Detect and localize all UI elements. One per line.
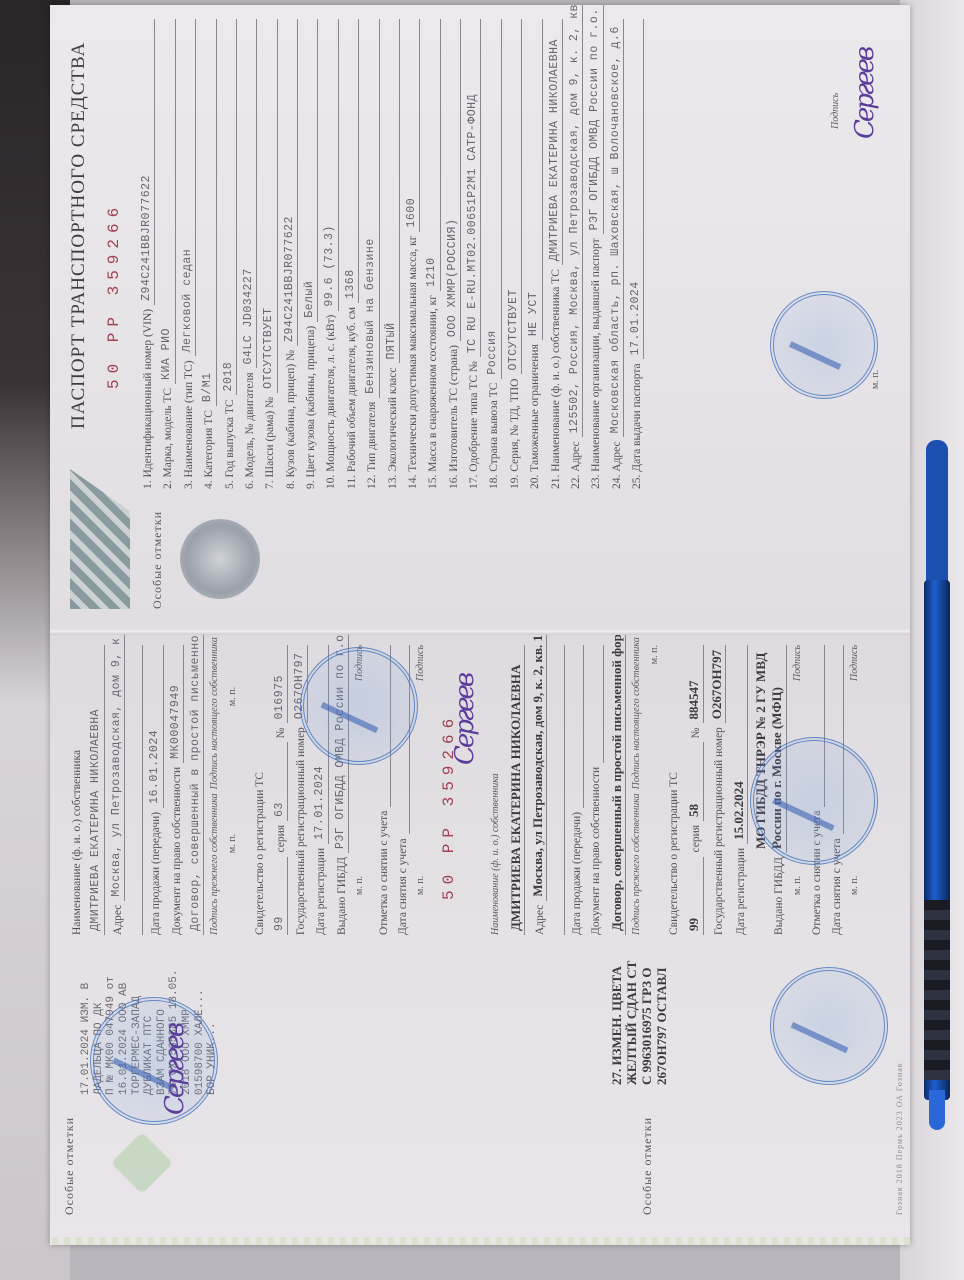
vehicle-field-row: 3. Наименование (тип ТС)Легковой седан — [181, 19, 196, 489]
vehicle-field-value: 1210 — [425, 19, 440, 291]
owner-name-label: Наименование (ф. и. о.) собственника — [490, 773, 503, 935]
special-marks-note-2: 27. ИЗМЕН. ЦВЕТА ЖЕЛТЫЙ СДАН СТ С 996301… — [610, 961, 670, 1085]
handwritten-signature: Сергеев — [450, 675, 480, 765]
plate-label: Государственный регистрационный номер — [712, 727, 726, 935]
ownership-doc-desc: Договор, совершенный в простой письменно… — [609, 633, 626, 935]
vehicle-field-label: 5. Год выпуска ТС — [223, 399, 237, 489]
vehicle-field-value: ООО ХММР(РОССИЯ) — [446, 19, 461, 341]
security-rosette — [111, 1132, 173, 1194]
vehicle-field-label: 15. Масса в снаряженном состоянии, кг — [426, 295, 440, 489]
vehicle-field-value: Z94C241BBJR077622 — [140, 19, 155, 305]
cert-number: 016975 — [273, 645, 288, 723]
vehicle-field-row: 15. Масса в снаряженном состоянии, кг121… — [425, 19, 440, 489]
vehicle-field-value: Московская область, рп. Шаховская, ш Вол… — [609, 19, 624, 437]
vehicle-field-value: 2018 — [222, 19, 237, 395]
vehicle-field-row: 7. Шасси (рама) №ОТСУТСТВУЕТ — [262, 19, 277, 489]
special-marks-heading-2: Особые отметки — [640, 1117, 655, 1215]
vehicle-field-label: 11. Рабочий объем двигателя, куб. см — [345, 307, 359, 489]
vehicle-field-value: РЭГ ОГИБДД ОМВД России по г.о. Шаховская — [588, 5, 603, 234]
pen-grip — [924, 900, 950, 1080]
vehicle-field-label: 14. Технически допустимая максимальная м… — [406, 236, 420, 489]
cert-number-label: № — [274, 728, 288, 739]
owner-records-page: Особые отметки 17.01.2024 ИЗМ. В ЛАДЕЛЬЦ… — [50, 633, 910, 1245]
pen-cap — [926, 440, 948, 590]
vehicle-field-value: 17.01.2024 — [629, 19, 644, 359]
vehicle-field-label: 25. Дата выдачи паспорта — [630, 363, 644, 489]
signature-label: Подпись — [849, 645, 862, 681]
vehicle-field-row: 14. Технически допустимая максимальная м… — [405, 19, 420, 489]
official-stamp — [770, 291, 878, 399]
cert-series: 58 — [686, 742, 703, 820]
seal-place: м. п. — [792, 876, 805, 895]
vehicle-field-label: 20. Таможенные ограничения — [528, 344, 542, 489]
plate-label: Государственный регистрационный номер — [294, 727, 308, 935]
vehicle-field-label: 19. Серия, № ТД, ТПО — [508, 379, 522, 490]
cert-label: Свидетельство о регистрации ТС — [253, 772, 267, 935]
address-label: Адрес — [533, 905, 547, 935]
pen-tip — [929, 1090, 945, 1130]
issued-by-label: Выдано ГИБДД — [772, 857, 786, 935]
vehicle-field-row: 4. Категория ТСВ/М1 — [201, 19, 216, 489]
blank-line — [552, 645, 565, 935]
vehicle-field-value: Белый — [303, 19, 318, 322]
vehicle-field-value: В/М1 — [201, 19, 216, 406]
vehicle-field-label: 4. Категория ТС — [202, 410, 216, 489]
dereg-date-label: Дата снятия с учета — [396, 838, 410, 935]
vehicle-field-label: 18. Страна вывоза ТС — [487, 383, 501, 489]
dereg-label: Отметка о снятии с учета — [377, 811, 391, 935]
seal-place: м. п. — [227, 834, 240, 853]
vehicle-field-row: 19. Серия, № ТД, ТПООТСУТСТВУЕТ — [507, 19, 522, 489]
vehicle-field-value: 1368 — [344, 19, 359, 303]
prev-owner-signature-label: Подпись прежнего собственника — [209, 793, 222, 935]
vehicle-field-row: 6. Модель, № двигателяG4LC JD034227 — [242, 19, 257, 489]
vehicle-field-label: 1. Идентификационный номер (VIN) — [141, 309, 155, 489]
ownership-doc-label: Документ на право собственности — [170, 767, 184, 935]
security-strip — [50, 1237, 910, 1245]
vehicle-field-value: НЕ УСТ — [527, 19, 542, 340]
vehicle-data-page: ПАСПОРТ ТРАНСПОРТНОГО СРЕДСТВА 50 РР 359… — [50, 5, 910, 629]
special-marks-heading: Особые отметки — [150, 511, 165, 609]
vehicle-field-value: ПЯТЫЙ — [385, 19, 400, 364]
print-footer: Гознак 2018 Пермь 2023 ОА Гознак — [895, 1062, 904, 1215]
vehicle-field-row: 2. Марка, модель ТСКИА РИО — [160, 19, 175, 489]
vehicle-field-label: 22. Адрес — [569, 441, 583, 489]
official-stamp — [90, 997, 218, 1125]
seal-place: м. п. — [415, 876, 428, 895]
reg-date-label: Дата регистрации — [314, 848, 328, 935]
handwritten-signature: Сергеев — [850, 49, 880, 139]
signature-label: Подпись — [792, 645, 805, 681]
vehicle-field-label: 24. Адрес — [610, 441, 624, 489]
owner-address: Москва, ул Петрозаводская, дом 9, к. 2, … — [110, 633, 125, 901]
vehicle-fields-list: 1. Идентификационный номер (VIN)Z94C241B… — [140, 19, 649, 489]
vehicle-field-row: 8. Кузов (кабина, прицеп) №Z94C241BBJR07… — [283, 19, 298, 489]
vehicle-field-row: 23. Наименование организации, выдавшей п… — [588, 19, 603, 489]
blank-line — [591, 645, 604, 763]
vehicle-field-value: Z94C241BBJR077622 — [283, 19, 298, 346]
signature-label: Подпись — [830, 93, 841, 129]
vehicle-field-label: 8. Кузов (кабина, прицеп) № — [284, 350, 298, 489]
curr-owner-signature-label: Подпись настоящего собственника — [209, 637, 222, 789]
cert-series-label: серия — [689, 825, 703, 853]
vehicle-field-row: 21. Наименование (ф. и. о.) собственника… — [548, 19, 563, 489]
cert-number-label: № — [689, 728, 703, 739]
vehicle-field-value: G4LC JD034227 — [242, 19, 257, 368]
vehicle-field-row: 17. Одобрение типа ТС №ТС RU E-RU.MT02.0… — [466, 19, 481, 489]
vehicle-field-label: 21. Наименование (ф. и. о.) собственника… — [549, 269, 563, 489]
vehicle-field-value: КИА РИО — [160, 19, 175, 384]
vehicle-field-label: 16. Изготовитель ТС (страна) — [447, 345, 461, 489]
cert-series-label: серия — [274, 825, 288, 853]
cert-region: 99 — [686, 857, 703, 935]
decorative-chevrons — [70, 469, 130, 609]
vehicle-field-row: 12. Тип двигателяБензиновый на бензине — [364, 19, 379, 489]
ownership-doc-label: Документ на право собственности — [589, 767, 603, 935]
vehicle-field-label: 9. Цвет кузова (кабины, прицепа) — [304, 326, 318, 489]
seal-place: м. п. — [649, 645, 662, 664]
reg-date: 15.02.2024 — [731, 645, 748, 844]
sale-date-label: Дата продажи (передачи) — [149, 812, 163, 935]
cert-series: 63 — [273, 742, 288, 820]
owner-name: ДМИТРИЕВА ЕКАТЕРИНА НИКОЛАЕВНА — [508, 645, 525, 935]
vehicle-field-value: 125502, Россия, Москва, ул Петрозаводска… — [568, 5, 583, 437]
vehicle-field-label: 6. Модель, № двигателя — [243, 372, 257, 489]
cert-region: 99 — [273, 857, 288, 935]
document-title: ПАСПОРТ ТРАНСПОРТНОГО СРЕДСТВА — [68, 42, 90, 429]
vehicle-field-row: 20. Таможенные ограниченияНЕ УСТ — [527, 19, 542, 489]
cert-number: 884547 — [686, 645, 703, 723]
vehicle-field-label: 7. Шасси (рама) № — [263, 397, 277, 489]
seal-place: м. п. — [849, 876, 862, 895]
special-marks-heading: Особые отметки — [62, 1117, 77, 1215]
sale-date: 16.01.2024 — [148, 645, 163, 808]
official-stamp — [770, 967, 888, 1085]
vehicle-field-row: 1. Идентификационный номер (VIN)Z94C241B… — [140, 19, 155, 489]
reg-date-label: Дата регистрации — [734, 848, 748, 935]
vehicle-field-label: 12. Тип двигателя — [365, 402, 379, 489]
vehicle-field-row: 9. Цвет кузова (кабины, прицепа)Белый — [303, 19, 318, 489]
official-stamp — [300, 647, 418, 765]
ownership-doc-desc: Договор, совершенный в простой письменно… — [189, 633, 204, 935]
vehicle-field-label: 3. Наименование (тип ТС) — [182, 360, 196, 489]
owner-address: Москва, ул Петрозаводская, дом 9, к. 2, … — [530, 633, 547, 901]
owner-name-label: Наименование (ф. и. о.) собственника — [70, 750, 84, 935]
seal-place: м. п. — [354, 876, 367, 895]
vehicle-field-row: 5. Год выпуска ТС2018 — [222, 19, 237, 489]
address-label: Адрес — [111, 905, 125, 935]
vehicle-field-label: 2. Марка, модель ТС — [161, 388, 175, 489]
ownership-doc-number: МК00047949 — [169, 645, 184, 763]
vehicle-field-value: Бензиновый на бензине — [364, 19, 379, 398]
official-stamp — [750, 737, 878, 865]
vehicle-passport-document: Особые отметки 17.01.2024 ИЗМ. В ЛАДЕЛЬЦ… — [50, 5, 910, 1245]
vehicle-field-row: 18. Страна вывоза ТСРоссия — [486, 19, 501, 489]
handwritten-signature: Сергеев — [160, 1025, 190, 1115]
vehicle-field-value: ТС RU E-RU.MT02.00651P2M1 САТР-ФОНД — [466, 19, 481, 357]
vehicle-field-label: 23. Наименование организации, выдавшей п… — [589, 238, 603, 489]
vehicle-field-row: 11. Рабочий объем двигателя, куб. см1368 — [344, 19, 359, 489]
vehicle-field-value: Легковой седан — [181, 19, 196, 356]
vehicle-field-row: 24. АдресМосковская область, рп. Шаховск… — [609, 19, 624, 489]
vehicle-field-row: 16. Изготовитель ТС (страна)ООО ХММР(РОС… — [446, 19, 461, 489]
ballpoint-pen — [920, 440, 954, 1130]
vehicle-field-row: 10. Мощность двигателя, л. с. (кВт)99.6 … — [323, 19, 338, 489]
hologram — [180, 519, 260, 599]
vehicle-field-row: 13. Экологический классПЯТЫЙ — [385, 19, 400, 489]
vehicle-field-value: ДМИТРИЕВА ЕКАТЕРИНА НИКОЛАЕВНА — [548, 19, 563, 265]
vehicle-field-row: 22. Адрес125502, Россия, Москва, ул Петр… — [568, 19, 583, 489]
owner-name: ДМИТРИЕВА ЕКАТЕРИНА НИКОЛАЕВНА — [89, 645, 104, 935]
signature-label: Подпись — [415, 645, 428, 681]
vehicle-field-label: 13. Экологический класс — [386, 368, 400, 490]
prev-owner-signature-label: Подпись прежнего собственника — [631, 793, 644, 935]
vehicle-field-value: ОТСУТСТВУЕТ — [262, 19, 277, 393]
seal-place: м. п. — [870, 370, 881, 389]
vehicle-field-value: ОТСУТСТВУЕТ — [507, 19, 522, 375]
issued-by-label: Выдано ГИБДД — [335, 857, 349, 935]
sale-date-label: Дата продажи (передачи) — [570, 812, 584, 935]
vehicle-field-value: 1600 — [405, 19, 420, 232]
blank-line — [130, 645, 143, 935]
sale-date-blank — [571, 645, 584, 808]
plate-number: О267ОН797 — [709, 645, 726, 723]
vehicle-field-value: 99.6 (73.3) — [323, 19, 338, 311]
cert-label: Свидетельство о регистрации ТС — [667, 772, 681, 935]
curr-owner-signature-label: Подпись настоящего собственника — [631, 637, 644, 789]
vehicle-field-label: 10. Мощность двигателя, л. с. (кВт) — [324, 315, 338, 489]
vehicle-field-row: 25. Дата выдачи паспорта17.01.2024 — [629, 19, 644, 489]
serial-number: 50 РР 359266 — [105, 202, 123, 389]
seal-place: м. п. — [227, 687, 240, 706]
vehicle-field-label: 17. Одобрение типа ТС № — [467, 361, 481, 489]
vehicle-field-value: Россия — [486, 19, 501, 379]
